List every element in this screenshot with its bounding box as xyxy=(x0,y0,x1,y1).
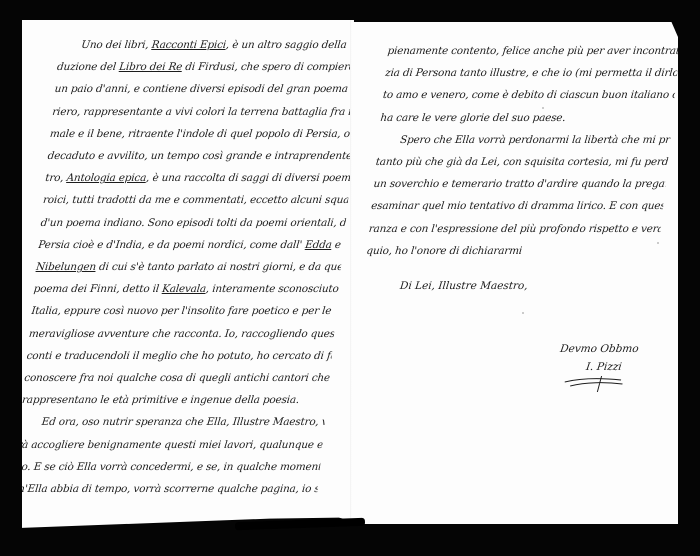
text-line: Persia cioè e d'India, e da poemi nordic… xyxy=(37,234,344,256)
closing: Devmo Obbmo xyxy=(548,340,651,358)
salutation: Di Lei, Illustre Maestro, xyxy=(399,280,528,292)
text-line: riero, rappresentante a vivi colori la t… xyxy=(51,101,358,123)
left-page: Uno dei libri, Racconti Epici, è un altr… xyxy=(22,20,352,533)
paper-speck xyxy=(522,312,524,314)
text-line: rappresentano le età primitive e ingenue… xyxy=(21,389,328,411)
title-nibelungen: Nibelungen xyxy=(35,261,96,273)
text-line: Uno dei libri, Racconti Epici, è un altr… xyxy=(58,34,365,56)
right-page: pienamente contento, felice anche più pe… xyxy=(352,22,678,524)
paper-speck xyxy=(542,107,544,109)
text-line: un soverchio e temerario tratto d'ardire… xyxy=(372,173,666,195)
text-line: esaminar quel mio tentativo di dramma li… xyxy=(370,195,664,217)
text-line: un paio d'anni, e contiene diversi episo… xyxy=(54,78,361,100)
text-line: Nibelungen di cui s'è tanto parlato ai n… xyxy=(35,256,342,278)
text-line: poema dei Finni, detto il Kalevala, inte… xyxy=(32,278,339,300)
text-line: quio, ho l'onore di dichiararmi xyxy=(365,240,659,262)
text-line: rà accogliere benignamente questi miei l… xyxy=(16,434,323,456)
signature-name: I. Pizzi xyxy=(560,358,649,376)
title-racconti-epici: Racconti Epici xyxy=(151,39,227,51)
paper-speck xyxy=(657,242,659,244)
title-kalevala: Kalevala xyxy=(161,283,206,295)
text-line: Spero che Ella vorrà perdonarmi la liber… xyxy=(377,129,671,151)
text-line: conoscere fra noi qualche cosa di quegli… xyxy=(23,367,330,389)
title-edda: Edda xyxy=(305,239,333,251)
text-line: tro, Antologia epica, è una raccolta di … xyxy=(44,167,351,189)
text-line: no. E se ciò Ella vorrà concedermi, e se… xyxy=(14,456,321,478)
text-line: roici, tutti tradotti da me e commentati… xyxy=(42,189,349,211)
text-line: ch'Ella abbia di tempo, vorrà scorrerne … xyxy=(11,478,318,500)
text-line: Italia, eppure così nuovo per l'insolito… xyxy=(30,300,337,322)
text-line: ranza e con l'espressione del più profon… xyxy=(368,218,662,240)
title-libro-dei-re: Libro dei Re xyxy=(119,61,183,73)
text-line: male e il bene, ritraente l'indole di qu… xyxy=(49,123,356,145)
text-line: d'un poema indiano. Sono episodi tolti d… xyxy=(40,212,347,234)
text-line: Ed ora, oso nutrir speranza che Ella, Il… xyxy=(18,411,325,433)
text-line: zia di Persona tanto illustre, e che io … xyxy=(384,62,678,84)
title-antologia-epica: Antologia epica xyxy=(66,172,147,184)
text-line: meravigliose avventure che racconta. Io,… xyxy=(28,323,335,345)
text-line: decaduto e avvilito, un tempo così grand… xyxy=(47,145,354,167)
text-line: ha care le vere glorie del suo paese. xyxy=(379,107,673,129)
text-line: to amo e venero, come è debito di ciascu… xyxy=(382,84,676,106)
right-page-text: pienamente contento, felice anche più pe… xyxy=(365,40,680,262)
text-line: conti e traducendoli il meglio che ho po… xyxy=(25,345,332,367)
text-line: duzione del Libro dei Re di Firdusi, che… xyxy=(56,56,363,78)
signature-flourish-icon xyxy=(559,376,631,392)
text-line: pienamente contento, felice anche più pe… xyxy=(386,40,680,62)
left-page-text: Uno dei libri, Racconti Epici, è un altr… xyxy=(11,34,365,500)
signature-block: Devmo Obbmo I. Pizzi xyxy=(543,340,650,392)
text-line: tanto più che già da Lei, con squisita c… xyxy=(375,151,669,173)
